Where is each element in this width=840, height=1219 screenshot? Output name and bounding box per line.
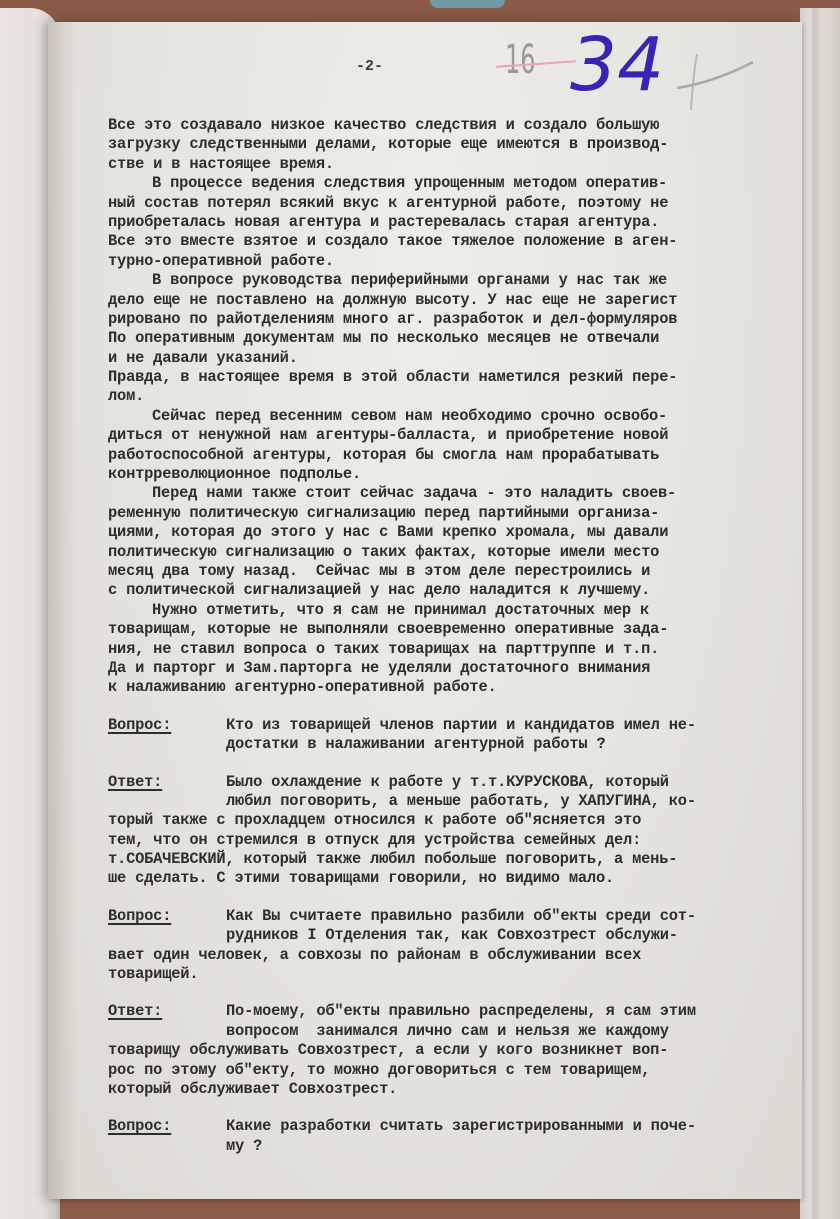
text-line: стве и в настоящее время. [108, 155, 808, 174]
text-line: рудников I Отделения так, как Совхозтрес… [226, 926, 808, 945]
text-line: ше сделать. С этими товарищами говорили,… [108, 869, 808, 888]
text-line: Было охлаждение к работе у т.т.КУРУСКОВА… [226, 773, 808, 792]
text-line: рос по этому об"екту, то можно договорит… [108, 1061, 808, 1080]
text-line: В процессе ведения следствия упрощенным … [108, 174, 808, 193]
text-line: диться от ненужной нам агентуры-балласта… [108, 426, 808, 445]
answer-block: Ответ:По-моему, об"екты правильно распре… [108, 1002, 808, 1099]
text-line: Нужно отметить, что я сам не принимал до… [108, 601, 808, 620]
question-block: Вопрос:Кто из товарищей членов партии и … [108, 716, 808, 755]
paragraph: Сейчас перед весенним севом нам необходи… [108, 407, 808, 485]
qa-label: Вопрос: [108, 1117, 226, 1156]
text-line: товарищей. [108, 965, 808, 984]
folio-number: 34 [570, 28, 664, 102]
text-line: т.СОБАЧЕВСКИЙ, который также любил побол… [108, 850, 808, 869]
qa-text: По-моему, об"екты правильно распределены… [226, 1002, 808, 1041]
qa-label: Ответ: [108, 773, 226, 812]
text-line: товарищу обслуживать Совхозтрест, а если… [108, 1041, 808, 1060]
text-line: месяц два тому назад. Сейчас мы в этом д… [108, 562, 808, 581]
qa-text: Было охлаждение к работе у т.т.КУРУСКОВА… [226, 773, 808, 812]
text-line: Кто из товарищей членов партии и кандида… [226, 716, 808, 735]
text-line: Сейчас перед весенним севом нам необходи… [108, 407, 808, 426]
text-line: лом. [108, 387, 808, 406]
text-line: политическую сигнализацию о таких фактах… [108, 543, 808, 562]
text-line: По оперативным документам мы по нескольк… [108, 329, 808, 348]
pencil-cross-mark-icon [675, 52, 755, 112]
qa-label: Вопрос: [108, 907, 226, 946]
spacer [108, 698, 808, 716]
text-line: ный состав потерял всякий вкус к агентур… [108, 194, 808, 213]
spacer [108, 889, 808, 907]
old-folio-number: 16 [505, 37, 536, 83]
text-line: Все это вместе взятое и создало такое тя… [108, 232, 808, 251]
text-line: торый также с прохладцем относился к раб… [108, 811, 808, 830]
text-line: В вопросе руководства периферийными орга… [108, 271, 808, 290]
text-line: загрузку следственными делами, которые е… [108, 135, 808, 154]
text-line: Да и парторг и Зам.парторга не уделяли д… [108, 659, 808, 678]
text-line: ния, не ставил вопроса о таких товарищах… [108, 640, 808, 659]
text-line: товарищам, которые не выполняли своеврем… [108, 620, 808, 639]
paragraph: В процессе ведения следствия упрощенным … [108, 174, 808, 271]
qa-label: Вопрос: [108, 716, 226, 755]
question-block: Вопрос:Как Вы считаете правильно разбили… [108, 907, 808, 985]
text-line: Какие разработки считать зарегистрирован… [226, 1117, 808, 1136]
text-line: Перед нами также стоит сейчас задача - э… [108, 484, 808, 503]
text-line: работоспособной агентуры, которая бы смо… [108, 446, 808, 465]
text-line: рировано по райотделениям много аг. разр… [108, 310, 808, 329]
text-line: к налаживанию агентурно-оперативной рабо… [108, 678, 808, 697]
paragraph: Перед нами также стоит сейчас задача - э… [108, 484, 808, 600]
qa-text: Как Вы считаете правильно разбили об"ект… [226, 907, 808, 946]
text-line: му ? [226, 1137, 808, 1156]
text-line: Как Вы считаете правильно разбили об"ект… [226, 907, 808, 926]
text-line: приобреталась новая агентура и растерева… [108, 213, 808, 232]
text-line: турно-оперативной работе. [108, 252, 808, 271]
paragraph: Все это создавало низкое качество следст… [108, 116, 808, 174]
spacer [108, 984, 808, 1002]
document-body: Все это создавало низкое качество следст… [108, 116, 808, 1156]
text-line: Все это создавало низкое качество следст… [108, 116, 808, 135]
text-line: циями, которая до этого у нас с Вами кре… [108, 523, 808, 542]
text-line: По-моему, об"екты правильно распределены… [226, 1002, 808, 1021]
text-line: который обслуживает Совхозтрест. [108, 1080, 808, 1099]
binding-gutter-shadow [48, 22, 76, 1199]
paragraph: Нужно отметить, что я сам не принимал до… [108, 601, 808, 698]
qa-label: Ответ: [108, 1002, 226, 1041]
text-line: с политической сигнализацией у нас дело … [108, 581, 808, 600]
text-line: достатки в налаживании агентурной работы… [226, 735, 808, 754]
blue-folder-tab [430, 0, 505, 8]
text-line: вопросом занимался лично сам и нельзя же… [226, 1022, 808, 1041]
qa-text: Кто из товарищей членов партии и кандида… [226, 716, 808, 755]
answer-block: Ответ:Было охлаждение к работе у т.т.КУР… [108, 773, 808, 889]
question-block: Вопрос:Какие разработки считать зарегист… [108, 1117, 808, 1156]
text-line: тем, что он стремился в отпуск для устро… [108, 831, 808, 850]
paragraph: В вопросе руководства периферийными орга… [108, 271, 808, 407]
text-line: ременную политическую сигнализацию перед… [108, 504, 808, 523]
text-line: вает один человек, а совхозы по районам … [108, 946, 808, 965]
page-marker: -2- [356, 58, 383, 75]
spacer [108, 1099, 808, 1117]
text-line: и не давали указаний. [108, 349, 808, 368]
text-line: любил поговорить, а меньше работать, у Х… [226, 792, 808, 811]
spacer [108, 755, 808, 773]
text-line: дело еще не поставлено на должную высоту… [108, 291, 808, 310]
text-line: Правда, в настоящее время в этой области… [108, 368, 808, 387]
text-line: контрреволюционное подполье. [108, 465, 808, 484]
qa-text: Какие разработки считать зарегистрирован… [226, 1117, 808, 1156]
